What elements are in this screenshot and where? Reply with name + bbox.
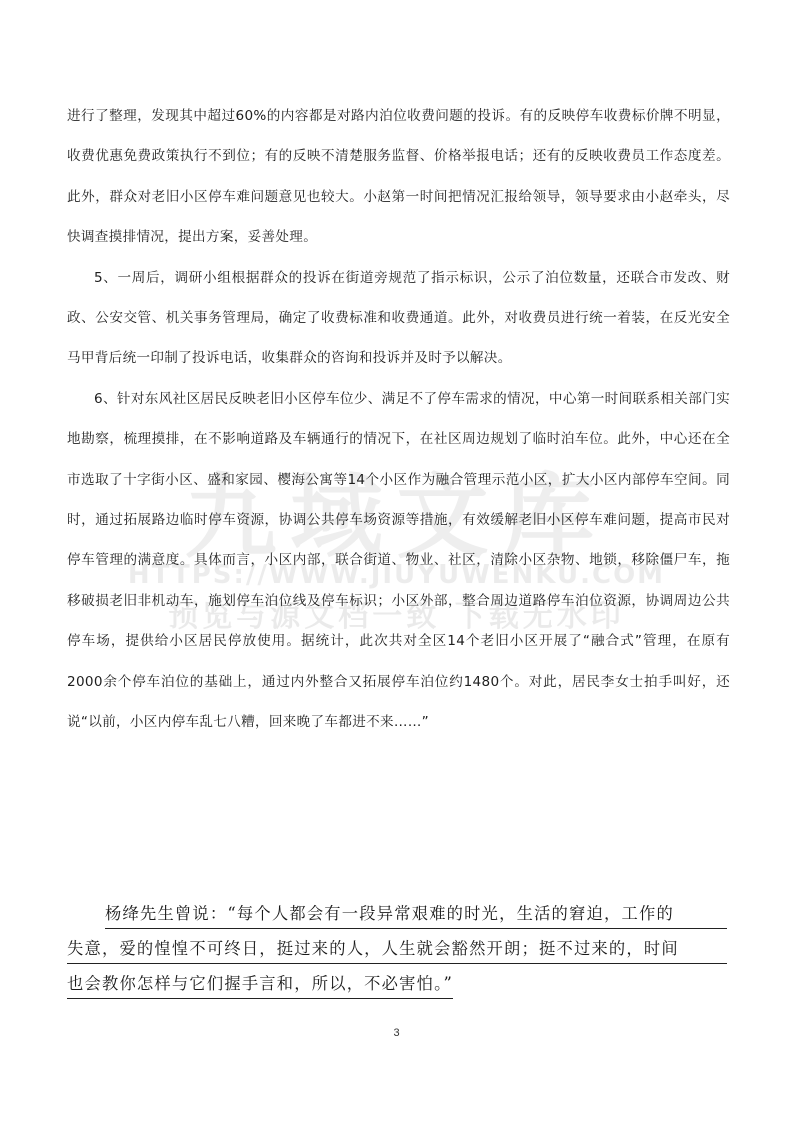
page-number: 3 bbox=[0, 1027, 793, 1039]
paragraph-item-6: 6、针对东风社区居民反映老旧小区停车位少、满足不了停车需求的情况，中心第一时间联… bbox=[67, 379, 730, 743]
quote-block: 杨绛先生曾说：“每个人都会有一段异常艰难的时光，生活的窘迫，工作的 失意，爱的惶… bbox=[67, 896, 727, 1001]
body-text: 进行了整理，发现其中超过60%的内容都是对路内泊位收费问题的投诉。有的反映停车收… bbox=[67, 96, 730, 743]
quote-line: 杨绛先生曾说：“每个人都会有一段异常艰难的时光，生活的窘迫，工作的 bbox=[105, 896, 727, 929]
paragraph-continued: 进行了整理，发现其中超过60%的内容都是对路内泊位收费问题的投诉。有的反映停车收… bbox=[67, 96, 730, 258]
quote-line: 也会教你怎样与它们握手言和，所以，不必害怕。” bbox=[67, 966, 453, 999]
paragraph-item-5: 5、一周后，调研小组根据群众的投诉在街道旁规范了指示标识，公示了泊位数量，还联合… bbox=[67, 258, 730, 379]
document-page: 九域文库 HTTPS://WWW.JIUYUWENKU.COM 预览与源文档一致… bbox=[0, 0, 793, 1122]
quote-line: 失意，爱的惶惶不可终日，挺过来的人，人生就会豁然开朗；挺不过来的，时间 bbox=[67, 931, 727, 964]
